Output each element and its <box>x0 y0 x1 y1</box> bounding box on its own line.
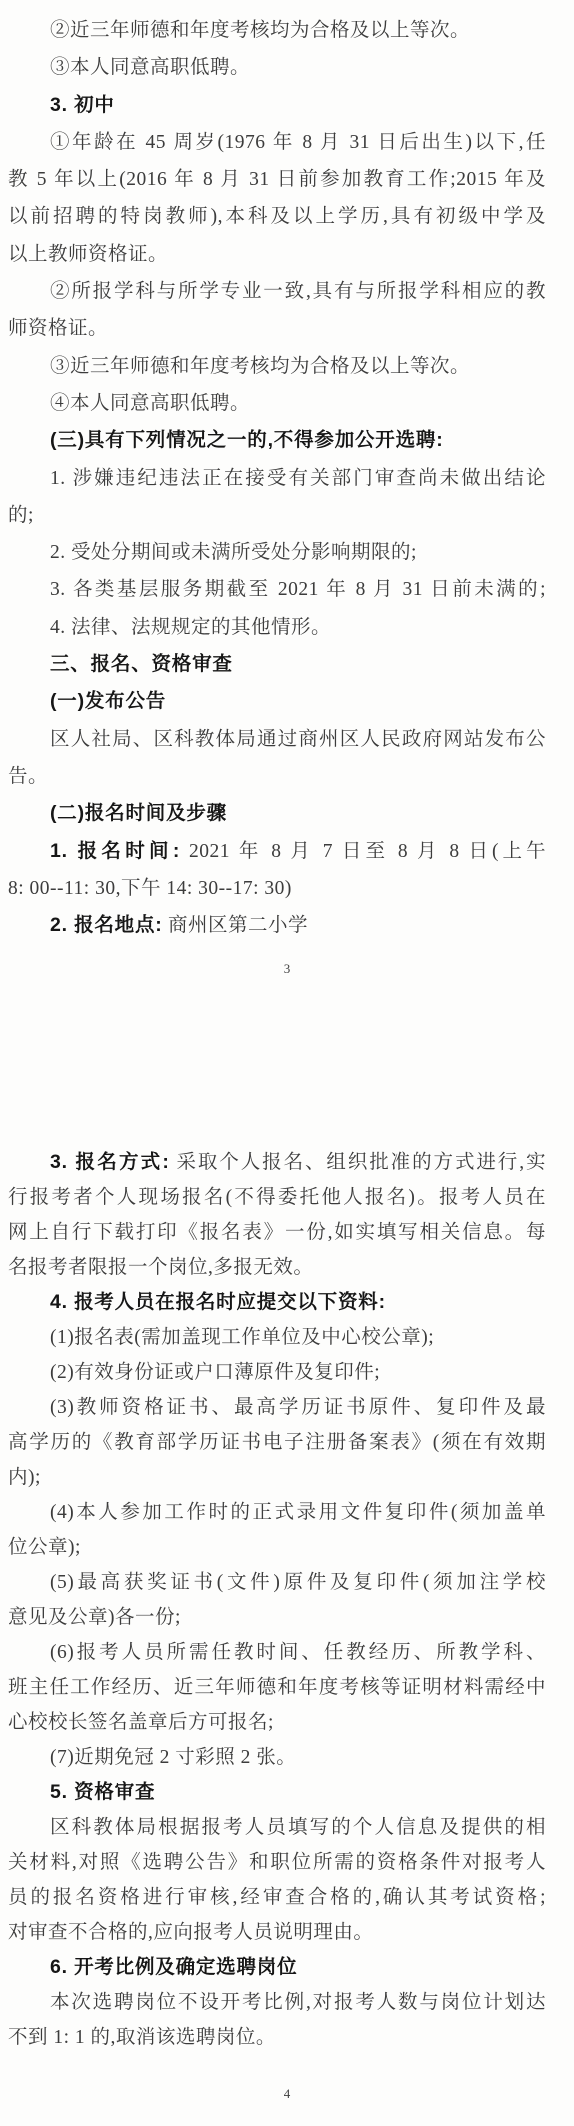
document-line: (三)具有下列情况之一的,不得参加公开选聘: <box>8 422 546 459</box>
document-line: 师资格证。 <box>8 310 546 347</box>
document-line: 4. 报考人员在报名时应提交以下资料: <box>8 1285 546 1320</box>
document-line: 8: 00--11: 30,下午 14: 30--17: 30) <box>8 870 546 907</box>
document-line: 告。 <box>8 758 546 795</box>
line-text: 高学历的《教育部学历证书电子注册备案表》(须在有效期 <box>8 1432 546 1453</box>
document-line: 三、报名、资格审查 <box>8 646 546 683</box>
page-2-footer: 4 <box>0 2085 574 2103</box>
line-text: 内); <box>8 1467 41 1488</box>
line-text: ③本人同意高职低聘。 <box>50 57 250 78</box>
line-text-bold: 1. 报名时间: <box>50 840 180 862</box>
page-number: 4 <box>284 2086 291 2101</box>
line-text: 意见及公章)各一份; <box>8 1607 181 1628</box>
line-text: ③近三年师德和年度考核均为合格及以上等次。 <box>50 356 470 377</box>
line-text: ②所报学科与所学专业一致,具有与所报学科相应的教 <box>50 281 546 302</box>
line-text: 班主任工作经历、近三年师德和年度考核等证明材料需经中 <box>8 1677 546 1698</box>
document-line: 3. 初中 <box>8 87 546 124</box>
line-text: 对审查不合格的,应向报考人员说明理由。 <box>8 1922 373 1943</box>
line-text: 2. 受处分期间或未满所受处分影响期限的; <box>50 542 417 563</box>
document-line: 不到 1: 1 的,取消该选聘岗位。 <box>8 2020 546 2055</box>
document-line: (3)教师资格证书、最高学历证书原件、复印件及最 <box>8 1390 546 1425</box>
document-line: 以前招聘的特岗教师),本科及以上学历,具有初级中学及 <box>8 198 546 235</box>
line-text: (6)报考人员所需任教时间、任教经历、所教学科、 <box>50 1642 546 1663</box>
line-text: ②近三年师德和年度考核均为合格及以上等次。 <box>50 20 470 41</box>
document-line: (6)报考人员所需任教时间、任教经历、所教学科、 <box>8 1635 546 1670</box>
page-number: 3 <box>284 961 291 976</box>
document-line: 心校校长签名盖章后方可报名; <box>8 1705 546 1740</box>
document-line: (7)近期免冠 2 寸彩照 2 张。 <box>8 1740 546 1775</box>
line-text: 心校校长签名盖章后方可报名; <box>8 1712 274 1733</box>
line-text: (4)本人参加工作时的正式录用文件复印件(须加盖单 <box>50 1502 546 1523</box>
line-text: 4. 法律、法规规定的其他情形。 <box>50 617 331 638</box>
document-line: 员的报名资格进行审核,经审查合格的,确认其考试资格; <box>8 1880 546 1915</box>
document-line: 区人社局、区科教体局通过商州区人民政府网站发布公 <box>8 721 546 758</box>
line-text: 关材料,对照《选聘公告》和职位所需的资格条件对报考人 <box>8 1852 546 1873</box>
document-line: 网上自行下载打印《报名表》一份,如实填写相关信息。每 <box>8 1215 546 1250</box>
line-text: 1. 涉嫌违纪违法正在接受有关部门审查尚未做出结论 <box>50 468 546 489</box>
document-line: 教 5 年以上(2016 年 8 月 31 日前参加教育工作;2015 年及 <box>8 161 546 198</box>
document-line: (4)本人参加工作时的正式录用文件复印件(须加盖单 <box>8 1495 546 1530</box>
document-line: ②所报学科与所学专业一致,具有与所报学科相应的教 <box>8 273 546 310</box>
line-text-bold: 4. 报考人员在报名时应提交以下资料: <box>50 1291 386 1313</box>
document-line: ③本人同意高职低聘。 <box>8 49 546 86</box>
line-text-bold: 3. 初中 <box>50 94 115 116</box>
document-line: 1. 报名时间: 2021 年 8 月 7 日至 8 月 8 日(上午 <box>8 833 546 870</box>
document-line: 高学历的《教育部学历证书电子注册备案表》(须在有效期 <box>8 1425 546 1460</box>
document-line: 1. 涉嫌违纪违法正在接受有关部门审查尚未做出结论 <box>8 460 546 497</box>
document-line: (2)有效身份证或户口薄原件及复印件; <box>8 1355 546 1390</box>
line-text: (3)教师资格证书、最高学历证书原件、复印件及最 <box>50 1397 546 1418</box>
line-text: 员的报名资格进行审核,经审查合格的,确认其考试资格; <box>8 1887 546 1908</box>
page-1-footer: 3 <box>0 960 574 978</box>
document-line: ②近三年师德和年度考核均为合格及以上等次。 <box>8 12 546 49</box>
line-text-bold: 3. 报名方式: <box>50 1151 170 1173</box>
document-line: 本次选聘岗位不设开考比例,对报考人数与岗位计划达 <box>8 1985 546 2020</box>
document-line: 6. 开考比例及确定选聘岗位 <box>8 1950 546 1985</box>
document-line: 2. 报名地点: 商州区第二小学 <box>8 907 546 944</box>
line-text: (5)最高获奖证书(文件)原件及复印件(须加注学校 <box>50 1572 546 1593</box>
document-line: ①年龄在 45 周岁(1976 年 8 月 31 日后出生)以下,任 <box>8 124 546 161</box>
line-text: 以上教师资格证。 <box>8 244 168 265</box>
document-line: ④本人同意高职低聘。 <box>8 385 546 422</box>
line-text: ①年龄在 45 周岁(1976 年 8 月 31 日后出生)以下,任 <box>50 132 546 153</box>
line-text: 区人社局、区科教体局通过商州区人民政府网站发布公 <box>50 729 546 750</box>
line-text-bold: (二)报名时间及步骤 <box>50 802 227 824</box>
document-line: 内); <box>8 1460 546 1495</box>
document-line: 对审查不合格的,应向报考人员说明理由。 <box>8 1915 546 1950</box>
line-text: 8: 00--11: 30,下午 14: 30--17: 30) <box>8 878 292 899</box>
document-line: 行报考者个人现场报名(不得委托他人报名)。报考人员在 <box>8 1180 546 1215</box>
line-text: 网上自行下载打印《报名表》一份,如实填写相关信息。每 <box>8 1222 546 1243</box>
line-text: 以前招聘的特岗教师),本科及以上学历,具有初级中学及 <box>8 206 546 227</box>
document-line: (5)最高获奖证书(文件)原件及复印件(须加注学校 <box>8 1565 546 1600</box>
line-text-bold: (一)发布公告 <box>50 690 166 712</box>
line-text-bold: (三)具有下列情况之一的,不得参加公开选聘: <box>50 429 444 451</box>
line-text: 名报考者限报一个岗位,多报无效。 <box>8 1257 313 1278</box>
document-line: 区科教体局根据报考人员填写的个人信息及提供的相 <box>8 1810 546 1845</box>
line-text: (7)近期免冠 2 寸彩照 2 张。 <box>50 1747 296 1768</box>
line-text: 不到 1: 1 的,取消该选聘岗位。 <box>8 2027 276 2048</box>
line-text: 教 5 年以上(2016 年 8 月 31 日前参加教育工作;2015 年及 <box>8 169 546 190</box>
line-text: 的; <box>8 505 34 526</box>
line-text: ④本人同意高职低聘。 <box>50 393 250 414</box>
document-line: 意见及公章)各一份; <box>8 1600 546 1635</box>
line-text: (1)报名表(需加盖现工作单位及中心校公章); <box>50 1327 434 1348</box>
line-text: 师资格证。 <box>8 318 108 339</box>
line-text: 2021 年 8 月 7 日至 8 月 8 日(上午 <box>180 841 546 862</box>
document-page-1: ②近三年师德和年度考核均为合格及以上等次。③本人同意高职低聘。3. 初中①年龄在… <box>0 0 574 1137</box>
line-text: 行报考者个人现场报名(不得委托他人报名)。报考人员在 <box>8 1187 546 1208</box>
line-text: 商州区第二小学 <box>163 915 308 936</box>
document-line: (1)报名表(需加盖现工作单位及中心校公章); <box>8 1320 546 1355</box>
line-text: 采取个人报名、组织批准的方式进行,实 <box>170 1152 546 1173</box>
line-text: (2)有效身份证或户口薄原件及复印件; <box>50 1362 380 1383</box>
line-text-bold: 5. 资格审查 <box>50 1781 155 1803</box>
document-line: 名报考者限报一个岗位,多报无效。 <box>8 1250 546 1285</box>
document-line: (二)报名时间及步骤 <box>8 795 546 832</box>
line-text: 本次选聘岗位不设开考比例,对报考人数与岗位计划达 <box>50 1992 546 2013</box>
document-line: 位公章); <box>8 1530 546 1565</box>
page-1-text-body: ②近三年师德和年度考核均为合格及以上等次。③本人同意高职低聘。3. 初中①年龄在… <box>0 0 574 944</box>
line-text: 位公章); <box>8 1537 81 1558</box>
document-line: 3. 各类基层服务期截至 2021 年 8 月 31 日前未满的; <box>8 571 546 608</box>
document-page-2: 3. 报名方式: 采取个人报名、组织批准的方式进行,实行报考者个人现场报名(不得… <box>0 1137 574 2126</box>
document-line: 5. 资格审查 <box>8 1775 546 1810</box>
line-text: 3. 各类基层服务期截至 2021 年 8 月 31 日前未满的; <box>50 579 546 600</box>
document-line: 关材料,对照《选聘公告》和职位所需的资格条件对报考人 <box>8 1845 546 1880</box>
document-line: (一)发布公告 <box>8 683 546 720</box>
line-text: 区科教体局根据报考人员填写的个人信息及提供的相 <box>50 1817 546 1838</box>
document-line: 的; <box>8 497 546 534</box>
line-text-bold: 6. 开考比例及确定选聘岗位 <box>50 1956 297 1978</box>
document-line: 3. 报名方式: 采取个人报名、组织批准的方式进行,实 <box>8 1145 546 1180</box>
document-line: 2. 受处分期间或未满所受处分影响期限的; <box>8 534 546 571</box>
line-text-bold: 三、报名、资格审查 <box>50 653 233 675</box>
line-text-bold: 2. 报名地点: <box>50 914 163 936</box>
document-line: 4. 法律、法规规定的其他情形。 <box>8 609 546 646</box>
scanned-document: ②近三年师德和年度考核均为合格及以上等次。③本人同意高职低聘。3. 初中①年龄在… <box>0 0 574 2126</box>
line-text: 告。 <box>8 766 48 787</box>
document-line: 班主任工作经历、近三年师德和年度考核等证明材料需经中 <box>8 1670 546 1705</box>
document-line: 以上教师资格证。 <box>8 236 546 273</box>
document-line: ③近三年师德和年度考核均为合格及以上等次。 <box>8 348 546 385</box>
page-2-text-body: 3. 报名方式: 采取个人报名、组织批准的方式进行,实行报考者个人现场报名(不得… <box>0 1137 574 2055</box>
